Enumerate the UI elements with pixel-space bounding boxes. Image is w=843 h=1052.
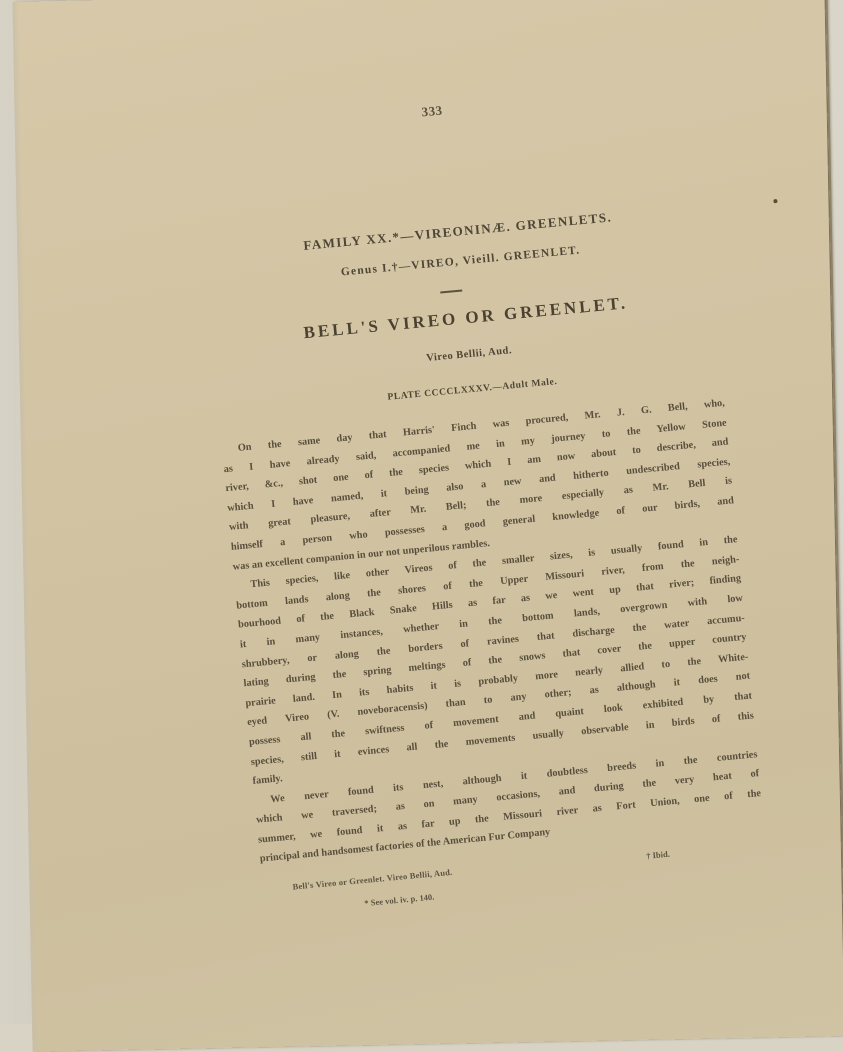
body-text: On the same day that Harris' Finch was p… <box>221 394 764 870</box>
page-content: 333 FAMILY XX.*—VIREONINÆ. GREENLETS. Ge… <box>182 0 685 18</box>
book-page: 333 FAMILY XX.*—VIREONINÆ. GREENLETS. Ge… <box>12 0 843 1024</box>
footnote-mark: † Ibid. <box>646 849 670 861</box>
paper-speck <box>773 199 777 203</box>
footnote: * See vol. iv. p. 140. <box>364 892 435 908</box>
divider-rule <box>440 289 462 293</box>
plate-caption: Bell's Vireo or Greenlet. Vireo Bellii, … <box>292 867 453 892</box>
page-number: 333 <box>421 103 443 121</box>
